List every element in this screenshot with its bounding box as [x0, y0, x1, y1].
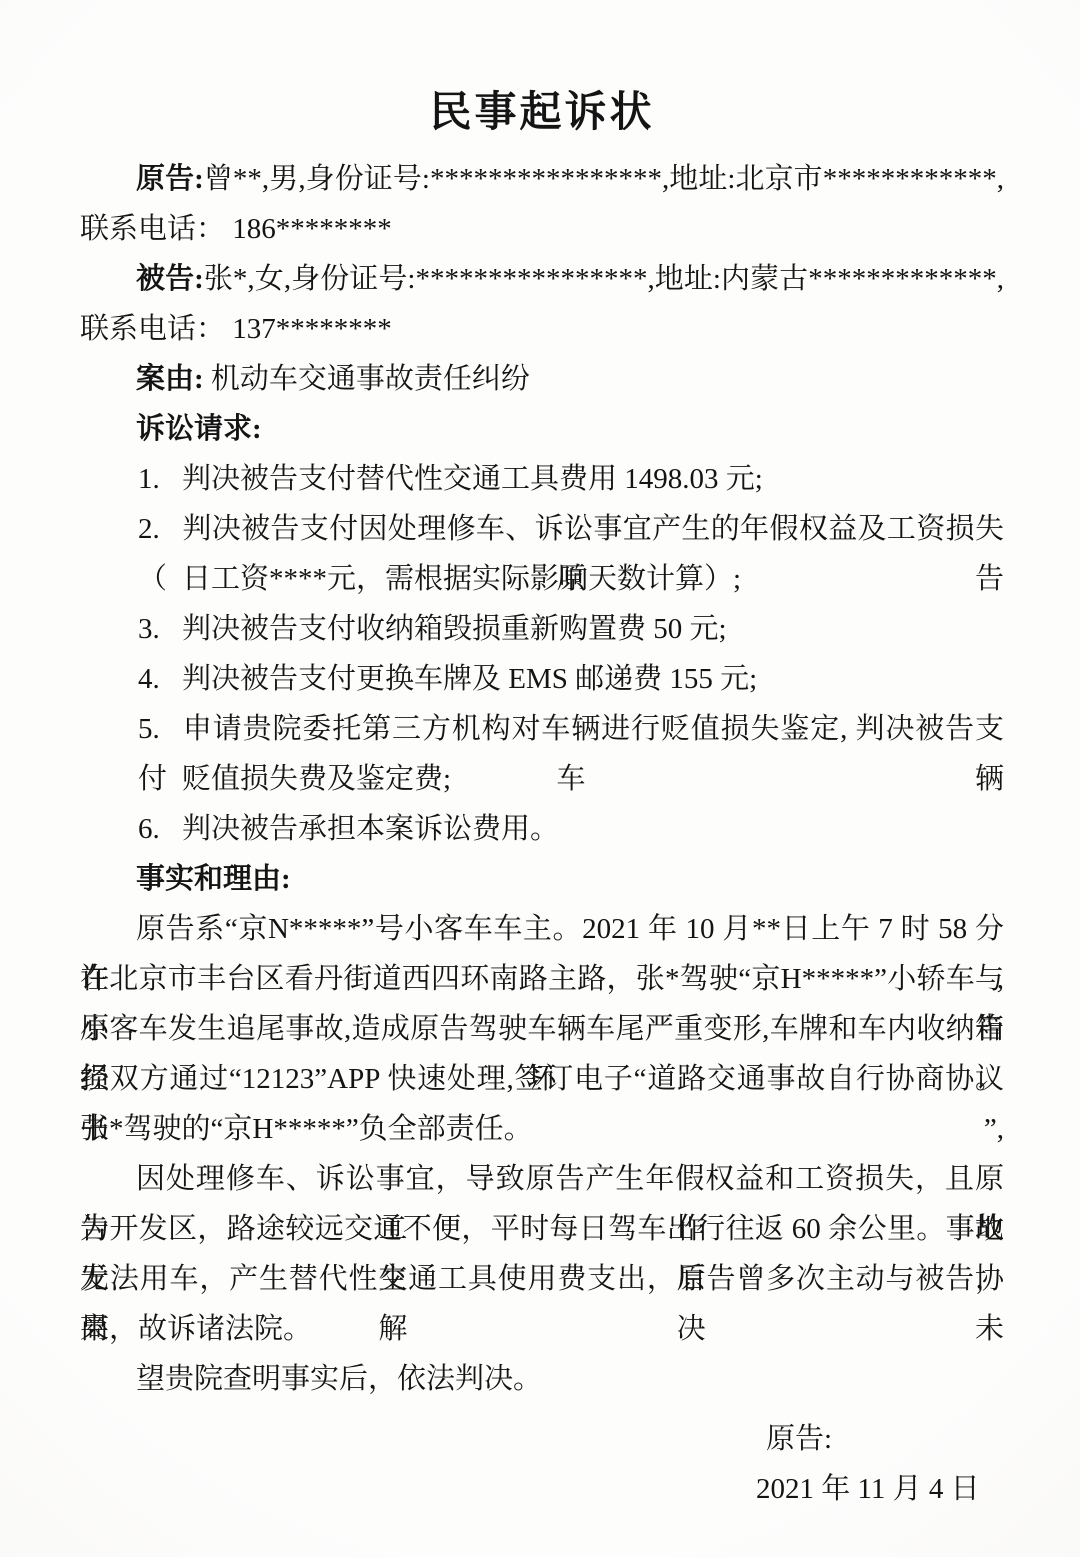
facts-para1-line4: 经双方通过“12123”APP 快速处理,签订电子“道路交通事故自行协商协议书”… [80, 1054, 1004, 1104]
facts-para1-line3: 小客车发生追尾事故,造成原告驾驶车辆车尾严重变形,车牌和车内收纳箱损坏。 [80, 1004, 1004, 1054]
facts-para2-line3: 无法用车，产生替代性交通工具使用费支出，原告曾多次主动与被告协商解决未 [80, 1254, 1004, 1304]
claim-item-6: 6.判决被告承担本案诉讼费用。 [80, 804, 1004, 854]
signature-date: 2021 年 11 月 4 日 [80, 1464, 1004, 1514]
claims-heading: 诉讼请求: [80, 404, 1004, 454]
plaintiff-phone-line: 联系电话： 186******** [80, 204, 1004, 254]
defendant-label: 被告: [136, 263, 204, 295]
signature-plaintiff-label: 原告: [80, 1414, 1004, 1464]
plaintiff-info: 曾**,男,身份证号:****************,地址:北京市******… [204, 163, 1004, 195]
claim-item-1: 1.判决被告支付替代性交通工具费用 1498.03 元; [80, 454, 1004, 504]
claim-item-4-number: 4. [138, 654, 182, 704]
facts-para2-line1: 因处理修车、诉讼事宜，导致原告产生年假权益和工资损失，且原告工作地 [80, 1154, 1004, 1204]
claim-item-5: 5.申请贵院委托第三方机构对车辆进行贬值损失鉴定, 判决被告支付车辆 [80, 704, 1004, 754]
facts-para1-line1: 原告系“京N*****”号小客车车主。2021 年 10 月**日上午 7 时 … [80, 904, 1004, 954]
claim-item-2: 2.判决被告支付因处理修车、诉讼事宜产生的年假权益及工资损失（原告 [80, 504, 1004, 554]
document-title: 民事起诉状 [80, 86, 1004, 140]
claim-item-4: 4.判决被告支付更换车牌及 EMS 邮递费 155 元; [80, 654, 1004, 704]
claim-item-6-text: 判决被告承担本案诉讼费用。 [182, 813, 559, 845]
cause-label: 案由: [136, 363, 204, 395]
claim-item-3: 3.判决被告支付收纳箱毁损重新购置费 50 元; [80, 604, 1004, 654]
plaintiff-label: 原告: [136, 163, 204, 195]
facts-para3-line: 望贵院查明事实后，依法判决。 [80, 1354, 1004, 1404]
defendant-phone-line: 联系电话： 137******** [80, 304, 1004, 354]
claim-item-1-text: 判决被告支付替代性交通工具费用 1498.03 元; [182, 463, 763, 495]
facts-heading: 事实和理由: [80, 854, 1004, 904]
defendant-info-line: 被告:张*,女,身份证号:****************,地址:内蒙古****… [80, 254, 1004, 304]
claim-item-2-number: 2. [138, 504, 182, 554]
cause-text: 机动车交通事故责任纠纷 [204, 363, 530, 395]
facts-para1-line2: 在北京市丰台区看丹街道西四环南路主路，张*驾驶“京H*****”小轿车与原告 [80, 954, 1004, 1004]
facts-para2-line2: 为开发区，路途较远交通不便，平时每日驾车出行往返 60 余公里。事故发生后， [80, 1204, 1004, 1254]
claim-item-6-number: 6. [138, 804, 182, 854]
claim-item-5-number: 5. [138, 704, 182, 754]
cause-line: 案由: 机动车交通事故责任纠纷 [80, 354, 1004, 404]
claim-item-4-text: 判决被告支付更换车牌及 EMS 邮递费 155 元; [182, 663, 757, 695]
claim-item-3-number: 3. [138, 604, 182, 654]
plaintiff-info-line: 原告:曾**,男,身份证号:****************,地址:北京市***… [80, 154, 1004, 204]
claim-item-1-number: 1. [138, 454, 182, 504]
civil-complaint-document: 民事起诉状 原告:曾**,男,身份证号:****************,地址:… [0, 0, 1080, 1557]
defendant-info: 张*,女,身份证号:****************,地址:内蒙古*******… [204, 263, 1004, 295]
claim-item-3-text: 判决被告支付收纳箱毁损重新购置费 50 元; [182, 613, 727, 645]
